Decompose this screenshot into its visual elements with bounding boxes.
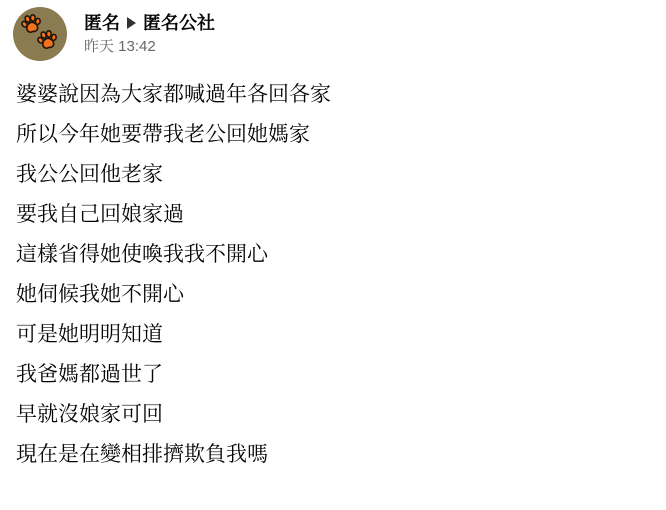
post-line: 早就沒娘家可回 (16, 401, 650, 429)
chevron-right-icon (127, 17, 136, 29)
post-line: 所以今年她要帶我老公回她媽家 (16, 121, 650, 149)
post-meta: 匿名 匿名公社 昨天 13:42 (84, 7, 215, 56)
post-line: 可是她明明知道 (16, 321, 650, 349)
avatar[interactable] (13, 7, 67, 61)
post-line: 我爸媽都過世了 (16, 361, 650, 389)
paw-print-icon (34, 27, 61, 54)
post-body: 婆婆說因為大家都喊過年各回各家 所以今年她要帶我老公回她媽家 我公公回他老家 要… (0, 81, 666, 469)
timestamp[interactable]: 昨天 13:42 (84, 38, 215, 56)
group-name[interactable]: 匿名公社 (143, 12, 215, 34)
post-line: 婆婆說因為大家都喊過年各回各家 (16, 81, 650, 109)
name-row: 匿名 匿名公社 (84, 12, 215, 34)
post-line: 我公公回他老家 (16, 161, 650, 189)
post-line: 現在是在變相排擠欺負我嗎 (16, 441, 650, 469)
post: 匿名 匿名公社 昨天 13:42 婆婆說因為大家都喊過年各回各家 所以今年她要帶… (0, 0, 666, 510)
post-line: 這樣省得她使喚我我不開心 (16, 241, 650, 269)
post-line: 她伺候我她不開心 (16, 281, 650, 309)
author-name[interactable]: 匿名 (84, 12, 120, 34)
post-header: 匿名 匿名公社 昨天 13:42 (0, 0, 666, 61)
post-line: 要我自己回娘家過 (16, 201, 650, 229)
